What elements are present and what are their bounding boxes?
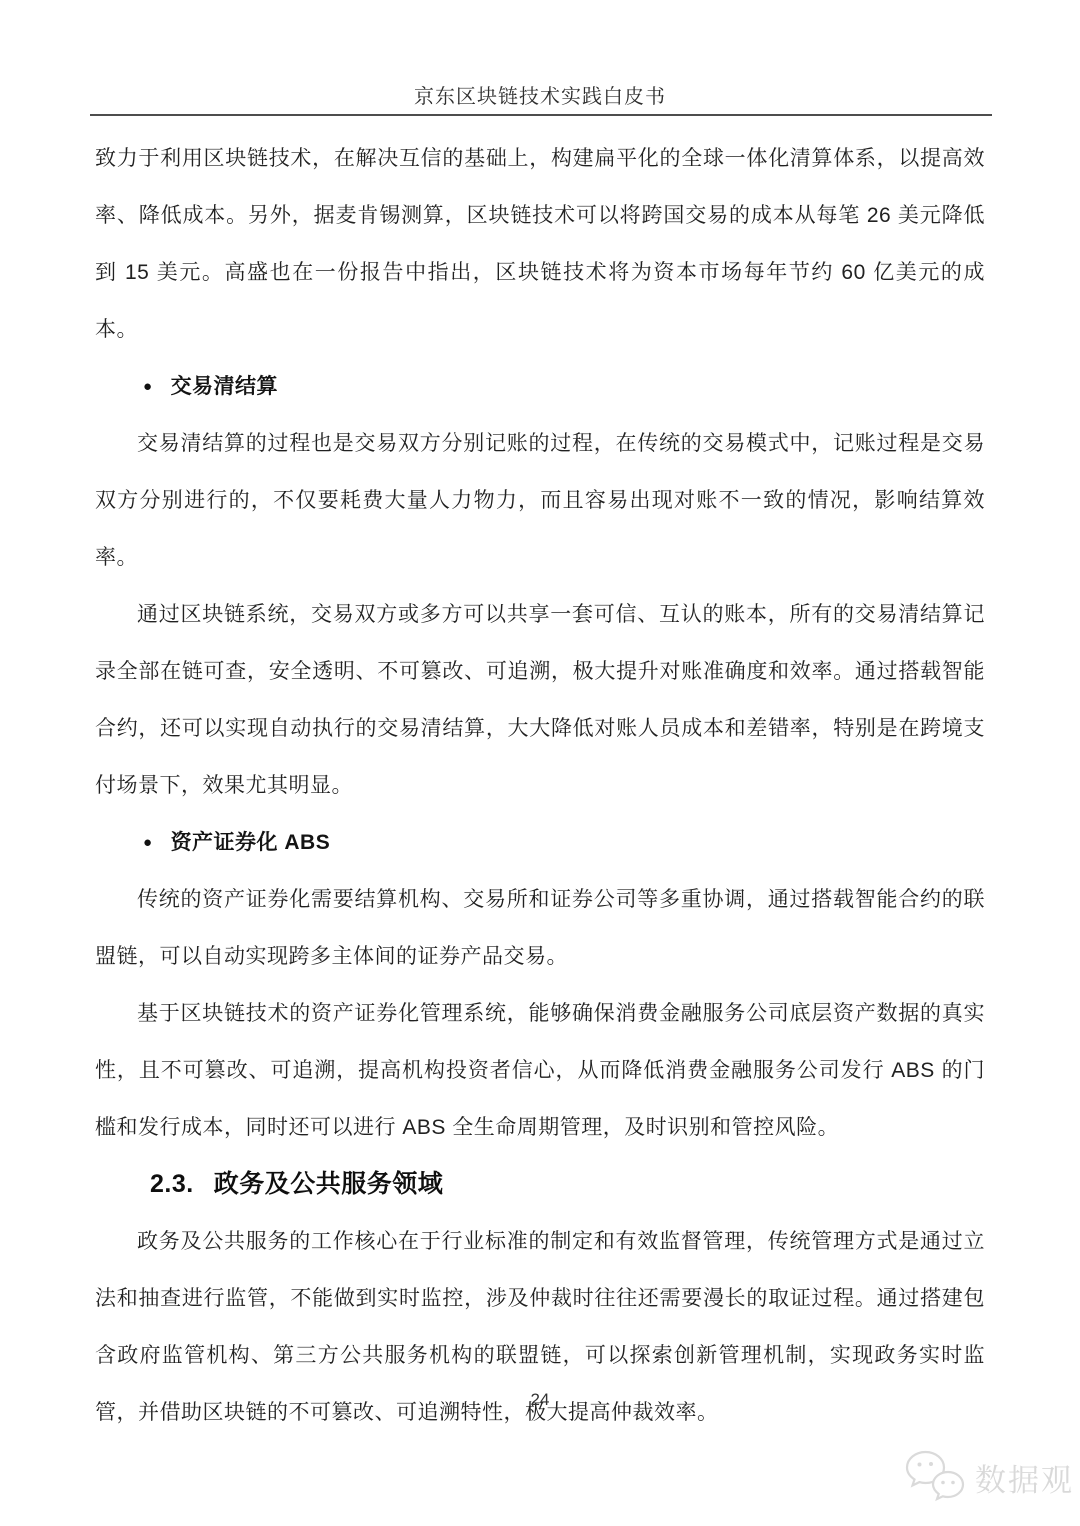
- bullet-icon: ●: [143, 358, 153, 415]
- wechat-icon: [903, 1448, 967, 1507]
- paragraph-abs-1: 传统的资产证券化需要结算机构、交易所和证券公司等多重协调，通过搭载智能合约的联盟…: [95, 871, 985, 985]
- bullet-heading-abs: ●资产证券化 ABS: [95, 814, 985, 871]
- watermark: 数据观: [903, 1448, 1074, 1507]
- paragraph-trade-clearing-2: 通过区块链系统，交易双方或多方可以共享一套可信、互认的账本，所有的交易清结算记录…: [95, 586, 985, 814]
- document-body: 致力于利用区块链技术，在解决互信的基础上，构建扁平化的全球一体化清算体系，以提高…: [95, 130, 985, 1441]
- page-header-title: 京东区块链技术实践白皮书: [0, 80, 1080, 109]
- page-number: 24: [0, 1390, 1080, 1410]
- paragraph-intro-continuation: 致力于利用区块链技术，在解决互信的基础上，构建扁平化的全球一体化清算体系，以提高…: [95, 130, 985, 358]
- bullet-heading-abs-label: 资产证券化 ABS: [171, 831, 331, 854]
- header-divider: [90, 114, 992, 116]
- bullet-heading-trade-clearing: ●交易清结算: [95, 358, 985, 415]
- watermark-text: 数据观: [975, 1455, 1074, 1500]
- paragraph-abs-2: 基于区块链技术的资产证券化管理系统，能够确保消费金融服务公司底层资产数据的真实性…: [95, 985, 985, 1156]
- section-heading-title: 政务及公共服务领域: [214, 1170, 444, 1198]
- section-heading-2-3: 2.3.政务及公共服务领域: [95, 1156, 985, 1213]
- bullet-heading-trade-clearing-label: 交易清结算: [171, 375, 279, 398]
- bullet-icon: ●: [143, 814, 153, 871]
- document-page: 京东区块链技术实践白皮书 致力于利用区块链技术，在解决互信的基础上，构建扁平化的…: [0, 0, 1080, 1526]
- paragraph-trade-clearing-1: 交易清结算的过程也是交易双方分别记账的过程，在传统的交易模式中，记账过程是交易双…: [95, 415, 985, 586]
- section-heading-number: 2.3.: [150, 1170, 194, 1198]
